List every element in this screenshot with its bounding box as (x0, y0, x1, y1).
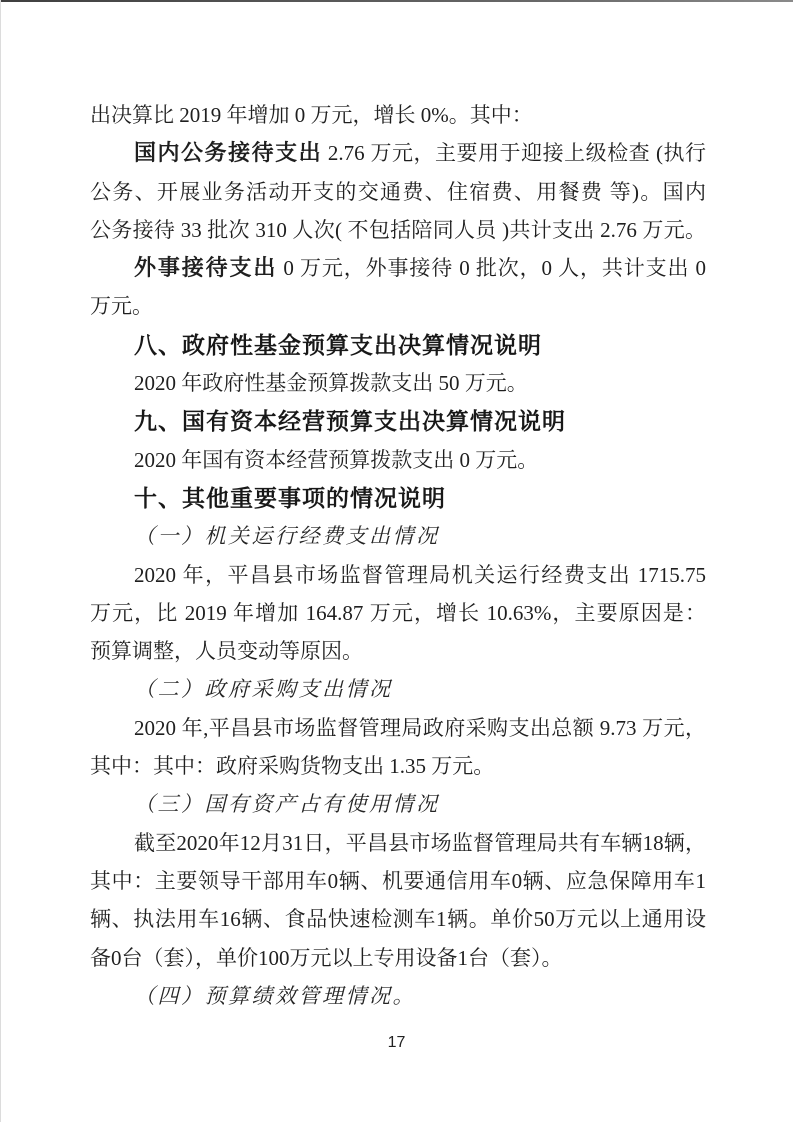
line-text: 出决算比 2019 年增加 0 万元，增长 0%。其中： (90, 103, 533, 127)
para-state-assets-line-2: 其中：主要领导干部用车0辆、机要通信用车0辆、应急保障用车1 (90, 862, 706, 900)
page-number: 17 (0, 1034, 793, 1052)
para-domestic-reception-line-2: 公务、开展业务活动开支的交通费、住宿费、用餐费 等)。国内 (90, 173, 706, 211)
heading-section-8: 八、政府性基金预算支出决算情况说明 (90, 326, 706, 364)
subheading-item-4: （四）预算绩效管理情况。 (90, 977, 706, 1015)
heading-section-10: 十、其他重要事项的情况说明 (90, 479, 706, 517)
line-text: 万元。 (90, 294, 153, 318)
line-text: 2020 年国有资本经营预算拨款支出 0 万元。 (134, 448, 538, 472)
bold-lead-domestic-reception: 国内公务接待支出 (134, 140, 322, 165)
bold-lead-foreign-reception: 外事接待支出 (134, 255, 277, 280)
para-govt-fund-budget: 2020 年政府性基金预算拨款支出 50 万元。 (90, 364, 706, 402)
heading-section-9: 九、国有资本经营预算支出决算情况说明 (90, 402, 706, 440)
subheading-text: （四）预算绩效管理情况。 (134, 984, 416, 1008)
line-text: 2020 年政府性基金预算拨款支出 50 万元。 (134, 371, 528, 395)
line-text: 公务、开展业务活动开支的交通费、住宿费、用餐费 等)。国内 (90, 180, 706, 204)
heading-text: 八、政府性基金预算支出决算情况说明 (134, 332, 542, 358)
document-page: 出决算比 2019 年增加 0 万元，增长 0%。其中： 国内公务接待支出 2.… (0, 0, 793, 1122)
para-domestic-reception-line-3: 公务接待 33 批次 310 人次( 不包括陪同人员 )共计支出 2.76 万元… (90, 211, 706, 249)
scan-top-edge-line (0, 0, 793, 2)
line-text: 2020 年，平昌县市场监督管理局机关运行经费支出 1715.75 (134, 563, 706, 587)
para-domestic-reception-line-1: 国内公务接待支出 2.76 万元，主要用于迎接上级检查 (执行 (90, 134, 706, 172)
para-foreign-reception-line-2: 万元。 (90, 287, 706, 325)
document-text-block: 出决算比 2019 年增加 0 万元，增长 0%。其中： 国内公务接待支出 2.… (90, 96, 706, 1015)
para-state-assets-line-4: 备0台（套），单价100万元以上专用设备1台（套）。 (90, 939, 706, 977)
para-operating-expense-line-3: 预算调整，人员变动等原因。 (90, 632, 706, 670)
line-text: 备0台（套），单价100万元以上专用设备1台（套）。 (90, 946, 563, 970)
subheading-item-3: （三）国有资产占有使用情况 (90, 785, 706, 823)
text-line-carryover: 出决算比 2019 年增加 0 万元，增长 0%。其中： (90, 96, 706, 134)
heading-text: 十、其他重要事项的情况说明 (134, 485, 446, 511)
line-text: 公务接待 33 批次 310 人次( 不包括陪同人员 )共计支出 2.76 万元… (90, 218, 706, 242)
para-state-assets-line-3: 辆、执法用车16辆、食品快速检测车1辆。单价50万元以上通用设 (90, 900, 706, 938)
line-text: 2020 年,平昌县市场监督管理局政府采购支出总额 9.73 万元， (134, 716, 706, 740)
para-foreign-reception-line-1: 外事接待支出 0 万元，外事接待 0 批次，0 人，共计支出 0 (90, 249, 706, 287)
subheading-item-1: （一）机关运行经费支出情况 (90, 517, 706, 555)
para-state-capital-budget: 2020 年国有资本经营预算拨款支出 0 万元。 (90, 441, 706, 479)
line-text: 其中：其中：政府采购货物支出 1.35 万元。 (90, 754, 494, 778)
line-text: 截至2020年12月31日，平昌县市场监督管理局共有车辆18辆， (134, 831, 706, 855)
scan-left-edge-line (0, 0, 1, 1122)
subheading-text: （三）国有资产占有使用情况 (134, 792, 440, 816)
heading-text: 九、国有资本经营预算支出决算情况说明 (134, 408, 566, 434)
para-operating-expense-line-2: 万元，比 2019 年增加 164.87 万元，增长 10.63%，主要原因是： (90, 594, 706, 632)
line-text: 0 万元，外事接待 0 批次，0 人，共计支出 0 (277, 256, 706, 280)
para-state-assets-line-1: 截至2020年12月31日，平昌县市场监督管理局共有车辆18辆， (90, 824, 706, 862)
para-operating-expense-line-1: 2020 年，平昌县市场监督管理局机关运行经费支出 1715.75 (90, 556, 706, 594)
line-text: 辆、执法用车16辆、食品快速检测车1辆。单价50万元以上通用设 (90, 907, 706, 931)
line-text: 万元，比 2019 年增加 164.87 万元，增长 10.63%，主要原因是： (90, 601, 706, 625)
para-procurement-line-2: 其中：其中：政府采购货物支出 1.35 万元。 (90, 747, 706, 785)
para-procurement-line-1: 2020 年,平昌县市场监督管理局政府采购支出总额 9.73 万元， (90, 709, 706, 747)
line-text: 其中：主要领导干部用车0辆、机要通信用车0辆、应急保障用车1 (90, 869, 706, 893)
line-text: 预算调整，人员变动等原因。 (90, 639, 363, 663)
subheading-text: （一）机关运行经费支出情况 (134, 524, 440, 548)
subheading-item-2: （二）政府采购支出情况 (90, 670, 706, 708)
line-text: 2.76 万元，主要用于迎接上级检查 (执行 (322, 141, 706, 165)
subheading-text: （二）政府采购支出情况 (134, 677, 393, 701)
